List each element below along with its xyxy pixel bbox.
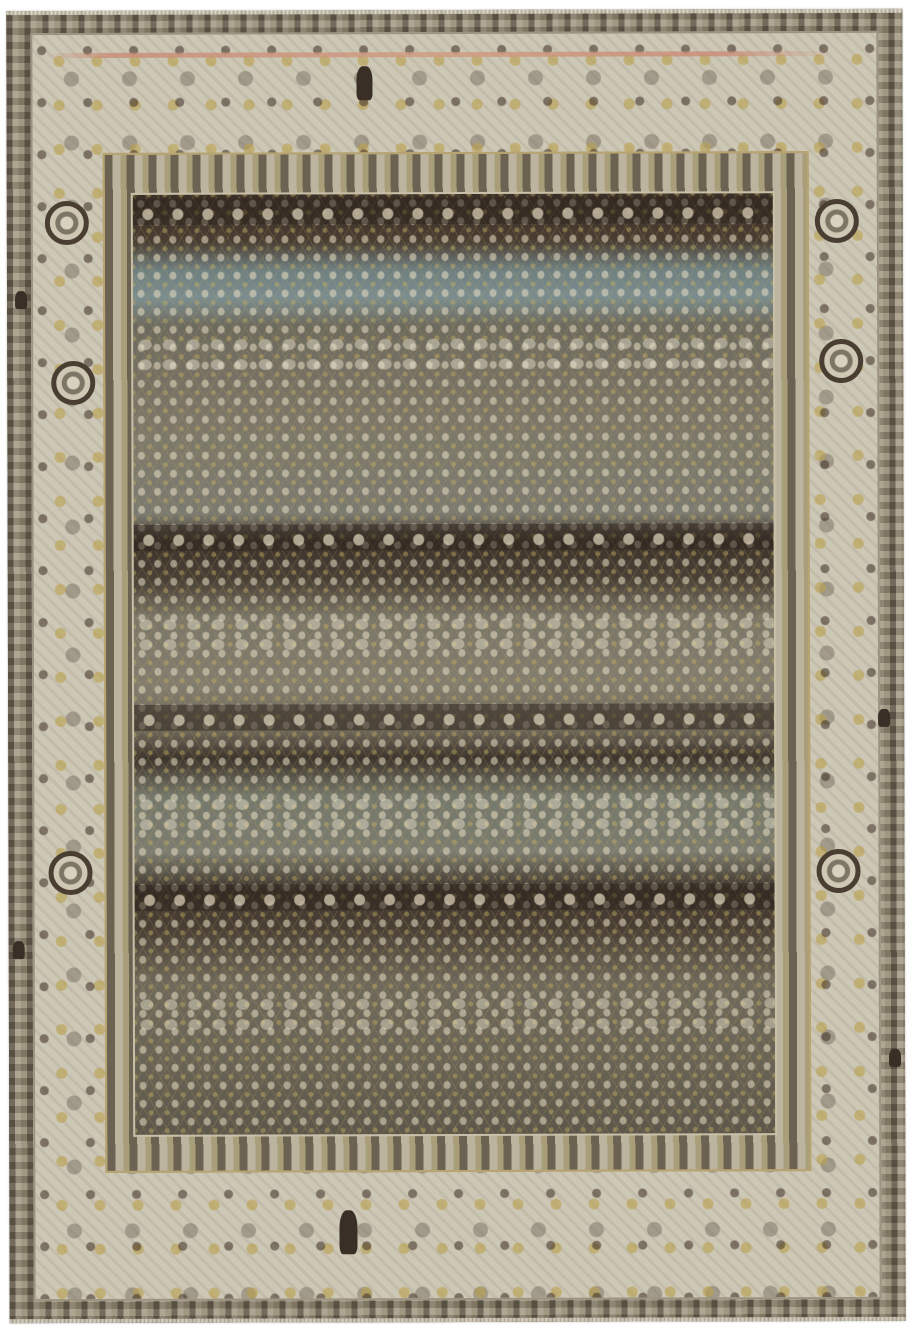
light-stripe xyxy=(134,613,774,655)
dark-band xyxy=(133,197,773,225)
border-motif xyxy=(15,291,27,309)
border-motif xyxy=(889,1049,901,1067)
dark-band xyxy=(135,883,775,911)
light-stripe xyxy=(133,333,773,375)
dark-band xyxy=(134,523,774,551)
border-medallion xyxy=(48,851,92,895)
border-medallion xyxy=(816,849,860,893)
border-motif xyxy=(878,709,890,727)
light-stripe xyxy=(134,793,774,835)
border-medallion xyxy=(45,201,89,245)
border-medallion xyxy=(819,339,863,383)
border-medallion xyxy=(815,199,859,243)
rust-accent-line xyxy=(46,51,836,58)
rug xyxy=(6,9,905,1323)
border-motif xyxy=(13,941,25,959)
dark-band xyxy=(134,703,774,731)
light-stripe xyxy=(135,993,775,1035)
border-motif xyxy=(339,1210,357,1254)
border-medallion xyxy=(51,361,95,405)
border-motif xyxy=(356,66,372,100)
rug-field xyxy=(131,191,777,1137)
